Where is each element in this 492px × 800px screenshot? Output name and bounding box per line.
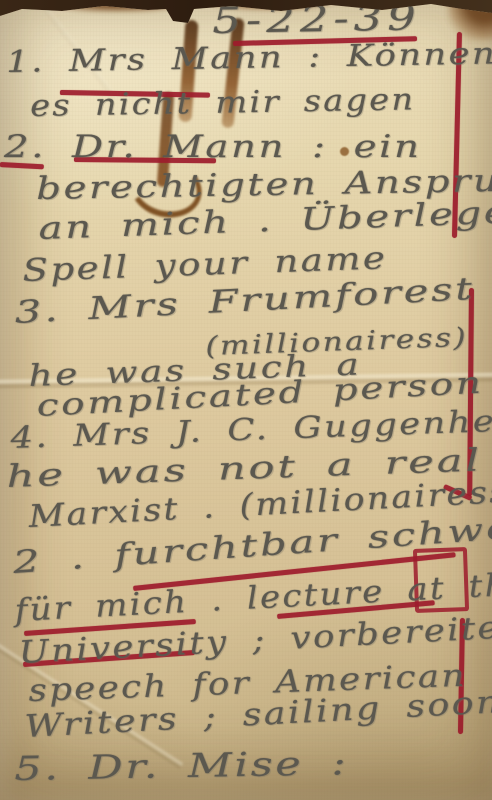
date: 5-22-39 [212,0,421,40]
note-paper: 5-22-39 1. Mrs Mann : Können sie es nich… [0,0,492,800]
handwriting-line-2: es nicht mir sagen [30,85,416,122]
handwriting-line-1: 1. Mrs Mann : Können sie [6,38,492,78]
handwriting-line-3: 2. Dr. Mann : ein [4,132,421,163]
photo-background: 5-22-39 1. Mrs Mann : Können sie es nich… [0,0,492,800]
burn-stain-top-left [48,0,188,12]
burn-stain-top-right-corner [448,0,492,40]
handwriting-line-19: 5. Dr. Mise : [14,746,349,785]
